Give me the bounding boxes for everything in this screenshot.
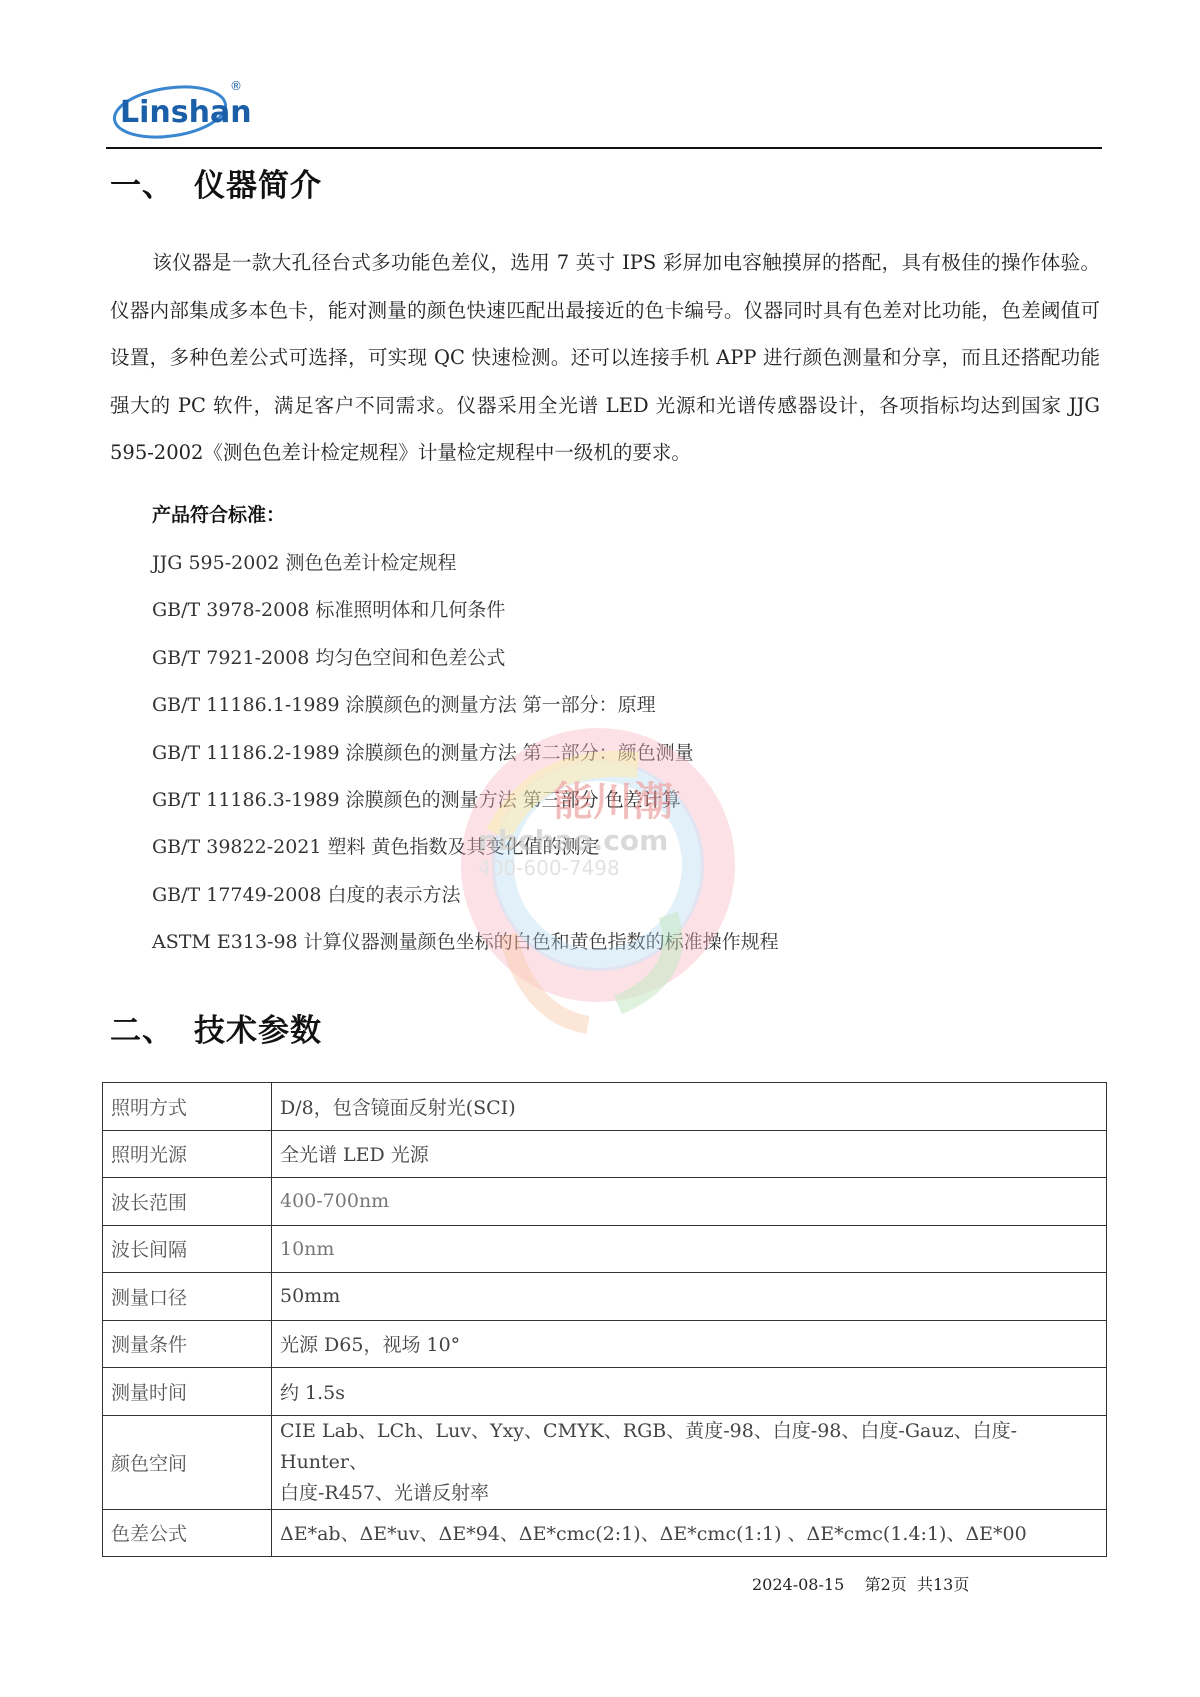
spec-label: 颜色空间 — [103, 1415, 272, 1509]
footer-total: 共13页 — [917, 1575, 969, 1594]
standards-heading: 产品符合标准： — [152, 500, 285, 527]
table-row: 颜色空间 CIE Lab、LCh、Luv、Yxy、CMYK、RGB、黄度-98、… — [103, 1415, 1107, 1509]
spec-value: 光源 D65，视场 10° — [272, 1320, 1107, 1368]
table-row: 波长间隔 10nm — [103, 1225, 1107, 1273]
spec-label: 色差公式 — [103, 1509, 272, 1557]
standard-item: GB/T 39822-2021 塑料 黄色指数及其变化值的测定 — [152, 824, 779, 871]
standard-item: GB/T 7921-2008 均匀色空间和色差公式 — [152, 635, 779, 682]
section-heading-specs: 二、技术参数 — [110, 1005, 322, 1050]
spec-label: 波长范围 — [103, 1178, 272, 1226]
standard-item: GB/T 3978-2008 标准照明体和几何条件 — [152, 587, 779, 634]
spec-value: 50mm — [272, 1273, 1107, 1321]
intro-paragraph: 该仪器是一款大孔径台式多功能色差仪，选用 7 英寸 IPS 彩屏加电容触摸屏的搭… — [110, 239, 1100, 477]
spec-value: D/8，包含镜面反射光(SCI) — [272, 1083, 1107, 1131]
table-row: 照明方式 D/8，包含镜面反射光(SCI) — [103, 1083, 1107, 1131]
page-footer: 2024-08-15 第2页 共13页 — [752, 1572, 969, 1595]
standard-item: GB/T 17749-2008 白度的表示方法 — [152, 872, 779, 919]
spec-value: 400-700nm — [272, 1178, 1107, 1226]
spec-label: 测量条件 — [103, 1320, 272, 1368]
footer-date: 2024-08-15 — [752, 1575, 844, 1594]
table-row: 波长范围 400-700nm — [103, 1178, 1107, 1226]
table-row: 测量口径 50mm — [103, 1273, 1107, 1321]
standard-item: ASTM E313-98 计算仪器测量颜色坐标的白色和黄色指数的标准操作规程 — [152, 919, 779, 966]
spec-label: 照明光源 — [103, 1130, 272, 1178]
spec-label: 波长间隔 — [103, 1225, 272, 1273]
spec-value: 10nm — [272, 1225, 1107, 1273]
footer-page: 第2页 — [865, 1575, 907, 1594]
header-divider — [106, 147, 1102, 149]
spec-label: 照明方式 — [103, 1083, 272, 1131]
spec-label: 测量时间 — [103, 1368, 272, 1416]
standards-list: JJG 595-2002 测色色差计检定规程 GB/T 3978-2008 标准… — [152, 540, 779, 967]
spec-table: 照明方式 D/8，包含镜面反射光(SCI) 照明光源 全光谱 LED 光源 波长… — [102, 1082, 1107, 1557]
spec-label: 测量口径 — [103, 1273, 272, 1321]
spec-value: ΔE*ab、ΔE*uv、ΔE*94、ΔE*cmc(2:1)、ΔE*cmc(1:1… — [272, 1509, 1107, 1557]
spec-value: 约 1.5s — [272, 1368, 1107, 1416]
standard-item: GB/T 11186.1-1989 涂膜颜色的测量方法 第一部分：原理 — [152, 682, 779, 729]
svg-text:Linshang: Linshang — [120, 95, 252, 130]
section-heading-intro: 一、仪器简介 — [110, 160, 322, 205]
standard-item: GB/T 11186.3-1989 涂膜颜色的测量方法 第三部分 色差计算 — [152, 777, 779, 824]
standard-item: GB/T 11186.2-1989 涂膜颜色的测量方法 第二部分：颜色测量 — [152, 730, 779, 777]
linshang-logo: Linshang ® — [112, 74, 252, 144]
spec-value: 全光谱 LED 光源 — [272, 1130, 1107, 1178]
table-row: 测量条件 光源 D65，视场 10° — [103, 1320, 1107, 1368]
table-row: 照明光源 全光谱 LED 光源 — [103, 1130, 1107, 1178]
table-row: 测量时间 约 1.5s — [103, 1368, 1107, 1416]
standard-item: JJG 595-2002 测色色差计检定规程 — [152, 540, 779, 587]
svg-text:®: ® — [230, 79, 242, 93]
table-row: 色差公式 ΔE*ab、ΔE*uv、ΔE*94、ΔE*cmc(2:1)、ΔE*cm… — [103, 1509, 1107, 1557]
spec-value: CIE Lab、LCh、Luv、Yxy、CMYK、RGB、黄度-98、白度-98… — [272, 1415, 1107, 1509]
